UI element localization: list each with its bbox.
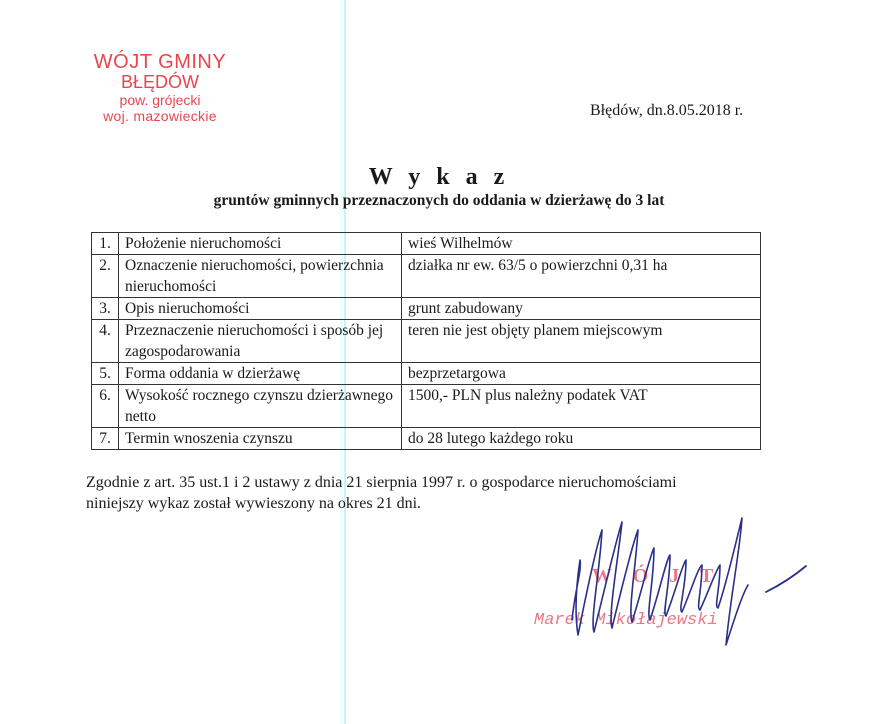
row-number: 7.	[92, 428, 119, 450]
row-number: 6.	[92, 385, 119, 428]
table-row: 3. Opis nieruchomości grunt zabudowany	[92, 298, 761, 320]
row-number: 4.	[92, 320, 119, 363]
row-label: Opis nieruchomości	[119, 298, 402, 320]
table-row: 2. Oznaczenie nieruchomości, powierzchni…	[92, 255, 761, 298]
row-label: Termin wnoszenia czynszu	[119, 428, 402, 450]
row-number: 5.	[92, 363, 119, 385]
row-value: bezprzetargowa	[402, 363, 761, 385]
stamp-line-1: WÓJT GMINY	[60, 52, 260, 72]
row-value: teren nie jest objęty planem miejscowym	[402, 320, 761, 363]
row-label: Oznaczenie nieruchomości, powierzchnia n…	[119, 255, 402, 298]
row-label: Położenie nieruchomości	[119, 233, 402, 255]
row-number: 3.	[92, 298, 119, 320]
signature-stamp-name: Marek Mikołajewski	[534, 611, 718, 630]
footnote-line-1: Zgodnie z art. 35 ust.1 i 2 ustawy z dni…	[86, 472, 806, 493]
document-subtitle: gruntów gminnych przeznaczonych do oddan…	[0, 192, 878, 210]
row-label: Forma oddania w dzierżawę	[119, 363, 402, 385]
row-label: Wysokość rocznego czynszu dzierżawnego n…	[119, 385, 402, 428]
signature-with-stamp: W Ó J T Marek Mikołajewski	[520, 510, 820, 650]
table-row: 7. Termin wnoszenia czynszu do 28 lutego…	[92, 428, 761, 450]
legal-footnote: Zgodnie z art. 35 ust.1 i 2 ustawy z dni…	[86, 472, 806, 514]
row-label: Przeznaczenie nieruchomości i sposób jej…	[119, 320, 402, 363]
row-value: 1500,- PLN plus należny podatek VAT	[402, 385, 761, 428]
row-value: działka nr ew. 63/5 o powierzchni 0,31 h…	[402, 255, 761, 298]
signature-flourish	[766, 566, 806, 592]
table-row: 6. Wysokość rocznego czynszu dzierżawneg…	[92, 385, 761, 428]
property-table: 1. Położenie nieruchomości wieś Wilhelmó…	[91, 232, 761, 450]
row-value: grunt zabudowany	[402, 298, 761, 320]
table-row: 4. Przeznaczenie nieruchomości i sposób …	[92, 320, 761, 363]
stamp-line-3: pow. grójecki	[60, 93, 260, 107]
stamp-line-2: BŁĘDÓW	[60, 73, 260, 91]
document-title: W y k a z	[0, 164, 878, 191]
row-number: 1.	[92, 233, 119, 255]
row-number: 2.	[92, 255, 119, 298]
stamp-line-4: woj. mazowieckie	[60, 109, 260, 123]
table-row: 5. Forma oddania w dzierżawę bezprzetarg…	[92, 363, 761, 385]
row-value: wieś Wilhelmów	[402, 233, 761, 255]
row-value: do 28 lutego każdego roku	[402, 428, 761, 450]
table-row: 1. Położenie nieruchomości wieś Wilhelmó…	[92, 233, 761, 255]
office-stamp: WÓJT GMINY BŁĘDÓW pow. grójecki woj. maz…	[60, 52, 260, 123]
place-date: Błędów, dn.8.05.2018 r.	[590, 102, 743, 120]
